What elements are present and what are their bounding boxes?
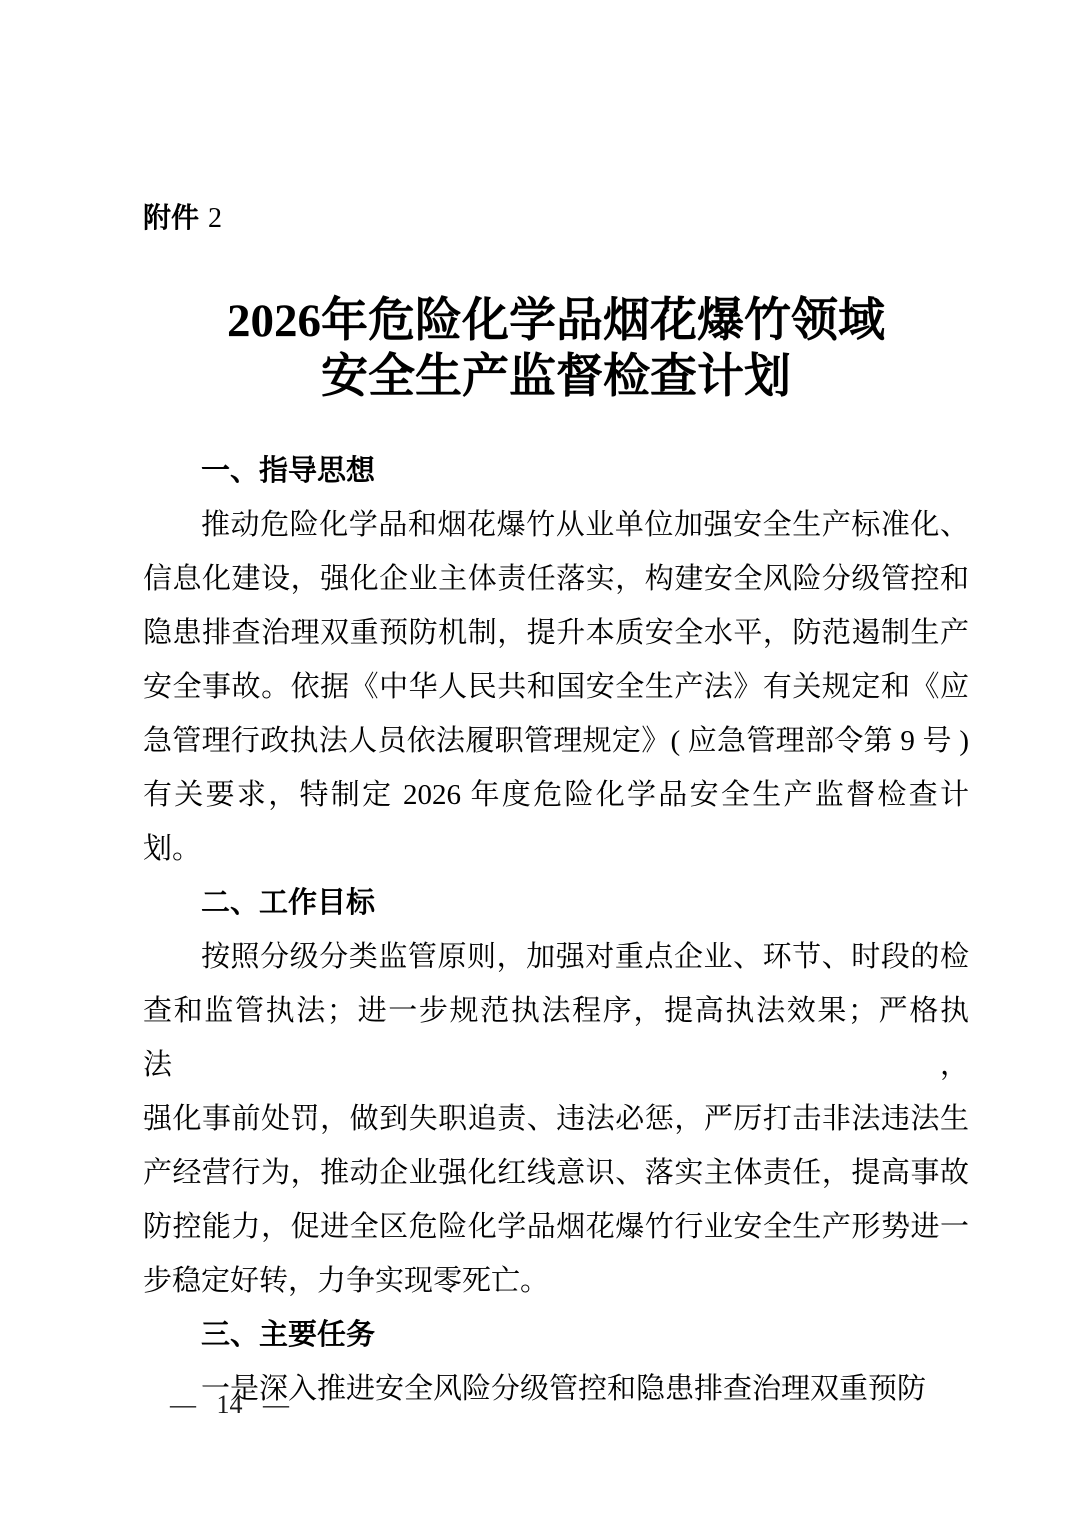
document-title: 2026年危险化学品烟花爆竹领域 安全生产监督检查计划: [143, 293, 969, 405]
body-line: 防控能力，促进全区危险化学品烟花爆竹行业安全生产形势进一: [143, 1200, 969, 1254]
body-line: 按照分级分类监管原则，加强对重点企业、环节、时段的检: [143, 930, 969, 984]
attachment-label-text: 附件: [143, 202, 199, 233]
body-line: 产经营行为，推动企业强化红线意识、落实主体责任，提高事故: [143, 1146, 969, 1200]
body-line: 强化事前处罚，做到失职追责、违法必惩，严厉打击非法违法生: [143, 1092, 969, 1146]
section-heading-work-goals: 二、工作目标: [143, 876, 969, 930]
section-heading-guiding-ideology: 一、指导思想: [143, 444, 969, 498]
attachment-label: 附件2: [143, 200, 969, 237]
body-line: 信息化建设，强化企业主体责任落实，构建安全风险分级管控和: [143, 552, 969, 606]
document-title-line-1: 2026年危险化学品烟花爆竹领域: [143, 293, 969, 349]
body-line: 隐患排查治理双重预防机制，提升本质安全水平，防范遏制生产: [143, 606, 969, 660]
body-line: 安全事故。依据《中华人民共和国安全生产法》有关规定和《应: [143, 660, 969, 714]
body-line: 有关要求，特制定 2026 年度危险化学品安全生产监督检查计划。: [143, 768, 969, 876]
body-line: 推动危险化学品和烟花爆竹从业单位加强安全生产标准化、: [143, 498, 969, 552]
body-line: 步稳定好转，力争实现零死亡。: [143, 1254, 969, 1308]
section-heading-main-tasks: 三、主要任务: [143, 1308, 969, 1362]
body-line: 查和监管执法；进一步规范执法程序，提高执法效果；严格执法，: [143, 984, 969, 1092]
body-line: 急管理行政执法人员依法履职管理规定》( 应急管理部令第 9 号 ): [143, 714, 969, 768]
document-title-line-2: 安全生产监督检查计划: [143, 349, 969, 405]
attachment-number: 2: [208, 203, 222, 234]
page-number: — 14 —: [170, 1390, 289, 1420]
document-page: 附件2 2026年危险化学品烟花爆竹领域 安全生产监督检查计划 一、指导思想 推…: [0, 0, 1074, 1520]
